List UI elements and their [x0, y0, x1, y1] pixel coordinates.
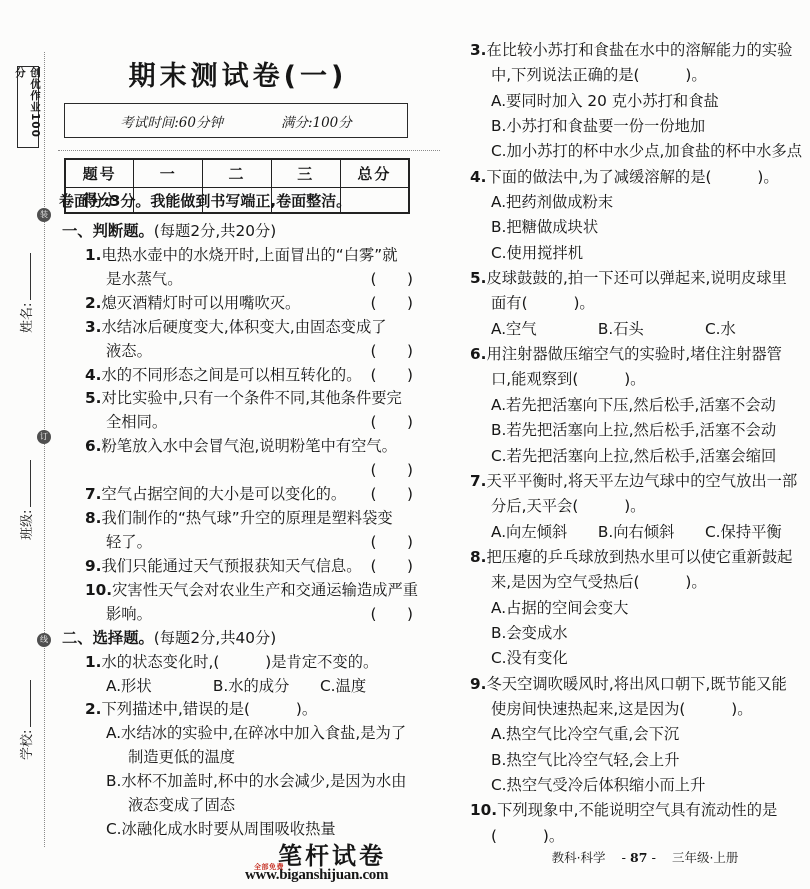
name-field-line — [19, 253, 31, 300]
question-text: A.要同时加入 20 克小苏打和食盐 — [491, 89, 719, 111]
question-text: A.若先把活塞向下压,然后松手,活塞不会动 — [491, 393, 776, 415]
page-dash-right: - — [651, 850, 656, 865]
score-table-cell: 题号 — [65, 159, 134, 187]
text-line: 面有( )。 — [447, 291, 805, 316]
binding-mark-xian: 线 — [37, 633, 51, 647]
question-text: 液态变成了固态 — [128, 793, 235, 815]
question-number: 5. — [85, 389, 101, 407]
question-number: 3. — [470, 41, 486, 59]
text-line: B.会变成水 — [447, 621, 805, 646]
text-line: C.加小苏打的杯中水少点,加食盐的杯中水多点 — [447, 139, 805, 164]
text-line: B.把糖做成块状 — [447, 215, 805, 240]
score-table-cell: 二 — [203, 159, 272, 187]
question-text: A.形状 B.水的成分 C.温度 — [106, 674, 366, 696]
question-text: 对比实验中,只有一个条件不同,其他条件要完 — [101, 386, 401, 408]
dotted-separator — [58, 150, 440, 151]
question-number: 2. — [85, 294, 101, 312]
page-number: 87 — [630, 850, 647, 865]
question-text: 用注射器做压缩空气的实验时,堵住注射器管 — [486, 342, 782, 364]
answer-blank: ( ) — [370, 554, 415, 576]
name-field: 姓名: — [15, 213, 35, 333]
text-line: ( ) — [62, 458, 415, 482]
full-score: 满分:100分 — [281, 111, 352, 131]
question-number: 7. — [85, 485, 101, 503]
page-dash-left: - — [622, 850, 627, 865]
question-text: 使房间快速热起来,这是因为( )。 — [491, 697, 753, 719]
text-line: 7. 空气占据空间的大小是可以变化的。 ( ) — [62, 482, 415, 506]
question-text: 制造更低的温度 — [128, 745, 235, 767]
answer-blank: ( ) — [370, 291, 415, 313]
score-table-header-row: 题号 一 二 三 总分 — [65, 159, 409, 187]
question-text: 来,是因为空气受热后( )。 — [491, 570, 707, 592]
question-text: 灾害性天气会对农业生产和交通运输造成严重 — [112, 578, 418, 600]
question-text: C.若先把活塞向上拉,然后松手,活塞会缩回 — [491, 444, 776, 466]
binding-dotted-line — [44, 52, 45, 847]
question-text: B.水杯不加盖时,杯中的水会减少,是因为水由 — [106, 769, 406, 791]
text-line: 7. 天平平衡时,将天平左边气球中的空气放出一部 — [447, 469, 805, 494]
book-subject: 教科·科学 — [552, 848, 606, 866]
text-line: B.水杯不加盖时,杯中的水会减少,是因为水由 — [62, 769, 415, 793]
question-text: 轻了。 — [106, 530, 152, 552]
score-table-cell: 三 — [271, 159, 340, 187]
question-text: 水结冰后硬度变大,体积变大,由固态变成了 — [101, 315, 386, 337]
questions-left-column: 一、判断题。 (每题2分,共20分) 1. 电热水壶中的水烧开时,上面冒出的“白… — [62, 219, 415, 841]
question-text: 影响。 — [106, 602, 152, 624]
question-text: A.热空气比冷空气重,会下沉 — [491, 722, 679, 744]
brand-vertical-label: 创优作业100分 — [17, 66, 39, 148]
question-text: 下面的做法中,为了减缓溶解的是( )。 — [486, 165, 778, 187]
answer-blank: ( ) — [370, 602, 415, 624]
text-line: 10. 下列现象中,不能说明空气具有流动性的是 — [447, 798, 805, 823]
question-text: C.冰融化成水时要从周围吸收热量 — [106, 817, 336, 839]
question-text: A.把药剂做成粉末 — [491, 190, 613, 212]
question-text: B.热空气比冷空气轻,会上升 — [491, 748, 680, 770]
text-line: 6. 用注射器做压缩空气的实验时,堵住注射器管 — [447, 342, 805, 367]
text-line: 9. 我们只能通过天气预报获知天气信息。 ( ) — [62, 554, 415, 578]
question-number: 8. — [85, 509, 101, 527]
text-line: B.若先把活塞向上拉,然后松手,活塞不会动 — [447, 418, 805, 443]
question-text: 皮球鼓鼓的,拍一下还可以弹起来,说明皮球里 — [486, 266, 786, 288]
question-text: 我们制作的“热气球”升空的原理是塑料袋变 — [101, 506, 392, 528]
school-field-label: 学校: — [16, 730, 35, 760]
text-line: 8. 把压瘪的乒乓球放到热水里可以使它重新鼓起 — [447, 545, 805, 570]
answer-blank: ( ) — [370, 530, 415, 552]
section-heading: 一、判断题。 — [62, 219, 154, 241]
text-line: A.要同时加入 20 克小苏打和食盐 — [447, 89, 805, 114]
exam-info-box: 考试时间:60分钟 满分:100分 — [64, 103, 408, 138]
name-field-label: 姓名: — [16, 303, 35, 333]
text-line: 2. 下列描述中,错误的是( )。 — [62, 697, 415, 721]
text-line: 5. 皮球鼓鼓的,拍一下还可以弹起来,说明皮球里 — [447, 266, 805, 291]
binding-mark-zhuang: 装 — [37, 208, 51, 222]
question-text: 下列现象中,不能说明空气具有流动性的是 — [497, 798, 777, 820]
text-line: 6. 粉笔放入水中会冒气泡,说明粉笔中有空气。 — [62, 434, 415, 458]
question-text: C.加小苏打的杯中水少点,加食盐的杯中水多点 — [491, 139, 802, 161]
text-line: B.热空气比冷空气轻,会上升 — [447, 748, 805, 773]
question-text: 电热水壶中的水烧开时,上面冒出的“白雾”就 — [101, 243, 397, 265]
question-text: A.水结冰的实验中,在碎冰中加入食盐,是为了 — [106, 721, 406, 743]
question-text: A.占据的空间会变大 — [491, 596, 628, 618]
text-line: C.没有变化 — [447, 646, 805, 671]
heading-points: (每题2分,共40分) — [154, 626, 276, 648]
question-number: 8. — [470, 548, 486, 566]
question-text: 面有( )。 — [491, 291, 595, 313]
logo-text: 笔杆试卷 — [278, 843, 431, 869]
question-text: A.空气 B.石头 C.水 — [491, 317, 736, 339]
question-text: A.向左倾斜 B.向右倾斜 C.保持平衡 — [491, 520, 782, 542]
question-text: C.没有变化 — [491, 646, 568, 668]
text-line: A.把药剂做成粉末 — [447, 190, 805, 215]
page-title: 期末测试卷(一) — [62, 54, 414, 93]
text-line: C.使用搅拌机 — [447, 241, 805, 266]
text-line: 10. 灾害性天气会对农业生产和交通运输造成严重 — [62, 578, 415, 602]
answer-blank: ( ) — [370, 458, 415, 480]
book-grade: 三年级·上册 — [672, 848, 738, 866]
text-line: 二、选择题。 (每题2分,共40分) — [62, 626, 415, 650]
text-line: C.热空气受冷后体积缩小而上升 — [447, 773, 805, 798]
text-line: 8. 我们制作的“热气球”升空的原理是塑料袋变 — [62, 506, 415, 530]
question-text: ( )。 — [491, 824, 564, 846]
text-line: 影响。 ( ) — [62, 602, 415, 626]
text-line: A.水结冰的实验中,在碎冰中加入食盐,是为了 — [62, 721, 415, 745]
text-line: 使房间快速热起来,这是因为( )。 — [447, 697, 805, 722]
question-text: B.会变成水 — [491, 621, 568, 643]
text-line: ( )。 — [447, 824, 805, 849]
question-text: 在比较小苏打和食盐在水中的溶解能力的实验 — [486, 38, 792, 60]
question-number: 1. — [85, 246, 101, 264]
text-line: 轻了。 ( ) — [62, 530, 415, 554]
text-line: A.形状 B.水的成分 C.温度 — [62, 674, 415, 698]
question-text: 把压瘪的乒乓球放到热水里可以使它重新鼓起 — [486, 545, 792, 567]
question-number: 2. — [85, 700, 101, 718]
question-number: 6. — [85, 437, 101, 455]
text-line: 9. 冬天空调吹暖风时,将出风口朝下,既节能又能 — [447, 672, 805, 697]
question-text: C.使用搅拌机 — [491, 241, 583, 263]
question-number: 10. — [470, 801, 497, 819]
text-line: 5. 对比实验中,只有一个条件不同,其他条件要完 — [62, 386, 415, 410]
question-text: B.把糖做成块状 — [491, 215, 598, 237]
question-text: 天平平衡时,将天平左边气球中的空气放出一部 — [486, 469, 797, 491]
answer-blank: ( ) — [370, 339, 415, 361]
question-number: 6. — [470, 345, 486, 363]
question-text: 冬天空调吹暖风时,将出风口朝下,既节能又能 — [486, 672, 786, 694]
exam-paper-page: 创优作业100分 装 订 线 姓名: 班级: 学校: 期末测试卷(一) 考试时间… — [0, 0, 810, 889]
score-table-cell: 一 — [134, 159, 203, 187]
text-line: 液态变成了固态 — [62, 793, 415, 817]
school-field-line — [19, 680, 31, 727]
class-field-line — [19, 460, 31, 507]
neatness-note: 卷面分:3分。我能做到书写端正,卷面整洁。 — [59, 190, 419, 211]
text-line: 1. 电热水壶中的水烧开时,上面冒出的“白雾”就 — [62, 243, 415, 267]
binding-mark-ding: 订 — [37, 430, 51, 444]
text-line: 3. 水结冰后硬度变大,体积变大,由固态变成了 — [62, 315, 415, 339]
text-line: 3. 在比较小苏打和食盐在水中的溶解能力的实验 — [447, 38, 805, 63]
score-table-cell: 总分 — [340, 159, 409, 187]
question-number: 7. — [470, 472, 486, 490]
question-text: B.小苏打和食盐要一份一份地加 — [491, 114, 705, 136]
text-line: 液态。 ( ) — [62, 339, 415, 363]
text-line: 一、判断题。 (每题2分,共20分) — [62, 219, 415, 243]
answer-blank: ( ) — [370, 267, 415, 289]
text-line: 1. 水的状态变化时,( )是肯定不变的。 — [62, 650, 415, 674]
question-text: 熄灭酒精灯时可以用嘴吹灭。 — [101, 291, 300, 313]
footer-book-info: 教科·科学 - 87 - 三年级·上册 — [505, 848, 785, 866]
question-text: 水的不同形态之间是可以相互转化的。 — [101, 363, 361, 385]
answer-blank: ( ) — [370, 363, 415, 385]
question-number: 4. — [470, 168, 486, 186]
question-number: 9. — [470, 675, 486, 693]
text-line: A.热空气比冷空气重,会下沉 — [447, 722, 805, 747]
question-text: 粉笔放入水中会冒气泡,说明粉笔中有空气。 — [101, 434, 397, 456]
logo-free-tag: 全部免费 — [254, 862, 284, 872]
section-heading: 二、选择题。 — [62, 626, 154, 648]
text-line: C.冰融化成水时要从周围吸收热量 — [62, 817, 415, 841]
question-text: 水的状态变化时,( )是肯定不变的。 — [101, 650, 378, 672]
class-field-label: 班级: — [16, 510, 35, 540]
text-line: 4. 下面的做法中,为了减缓溶解的是( )。 — [447, 165, 805, 190]
page-indicator: - 87 - — [622, 850, 656, 865]
question-text: C.热空气受冷后体积缩小而上升 — [491, 773, 705, 795]
question-text: 口,能观察到( )。 — [491, 367, 645, 389]
question-text: 中,下列说法正确的是( )。 — [491, 63, 707, 85]
question-number: 5. — [470, 269, 486, 287]
questions-right-column: 3. 在比较小苏打和食盐在水中的溶解能力的实验 中,下列说法正确的是( )。 A… — [447, 38, 805, 849]
text-line: B.小苏打和食盐要一份一份地加 — [447, 114, 805, 139]
class-field: 班级: — [15, 420, 35, 540]
question-text: 下列描述中,错误的是( )。 — [101, 697, 317, 719]
text-line: C.若先把活塞向上拉,然后松手,活塞会缩回 — [447, 444, 805, 469]
question-number: 3. — [85, 318, 101, 336]
text-line: A.若先把活塞向下压,然后松手,活塞不会动 — [447, 393, 805, 418]
question-text: 液态。 — [106, 339, 152, 361]
question-text: 是水蒸气。 — [106, 267, 183, 289]
text-line: 口,能观察到( )。 — [447, 367, 805, 392]
text-line: 中,下列说法正确的是( )。 — [447, 63, 805, 88]
question-text: 全相同。 — [106, 410, 167, 432]
text-line: 来,是因为空气受热后( )。 — [447, 570, 805, 595]
text-line: A.向左倾斜 B.向右倾斜 C.保持平衡 — [447, 520, 805, 545]
question-text: 我们只能通过天气预报获知天气信息。 — [101, 554, 361, 576]
question-text: 空气占据空间的大小是可以变化的。 — [101, 482, 346, 504]
school-field: 学校: — [15, 640, 35, 760]
question-text: 分后,天平会( )。 — [491, 494, 645, 516]
question-number: 9. — [85, 557, 101, 575]
site-logo: 全部免费 笔杆试卷 www.biganshijuan.com — [245, 843, 431, 884]
text-line: 2. 熄灭酒精灯时可以用嘴吹灭。 ( ) — [62, 291, 415, 315]
text-line: 是水蒸气。 ( ) — [62, 267, 415, 291]
text-line: 分后,天平会( )。 — [447, 494, 805, 519]
text-line: A.空气 B.石头 C.水 — [447, 317, 805, 342]
answer-blank: ( ) — [370, 410, 415, 432]
question-number: 10. — [85, 581, 112, 599]
exam-time: 考试时间:60分钟 — [120, 111, 223, 131]
question-number: 1. — [85, 653, 101, 671]
question-text: B.若先把活塞向上拉,然后松手,活塞不会动 — [491, 418, 776, 440]
text-line: A.占据的空间会变大 — [447, 596, 805, 621]
question-number: 4. — [85, 366, 101, 384]
answer-blank: ( ) — [370, 482, 415, 504]
heading-points: (每题2分,共20分) — [154, 219, 276, 241]
text-line: 全相同。 ( ) — [62, 410, 415, 434]
text-line: 制造更低的温度 — [62, 745, 415, 769]
text-line: 4. 水的不同形态之间是可以相互转化的。 ( ) — [62, 363, 415, 387]
